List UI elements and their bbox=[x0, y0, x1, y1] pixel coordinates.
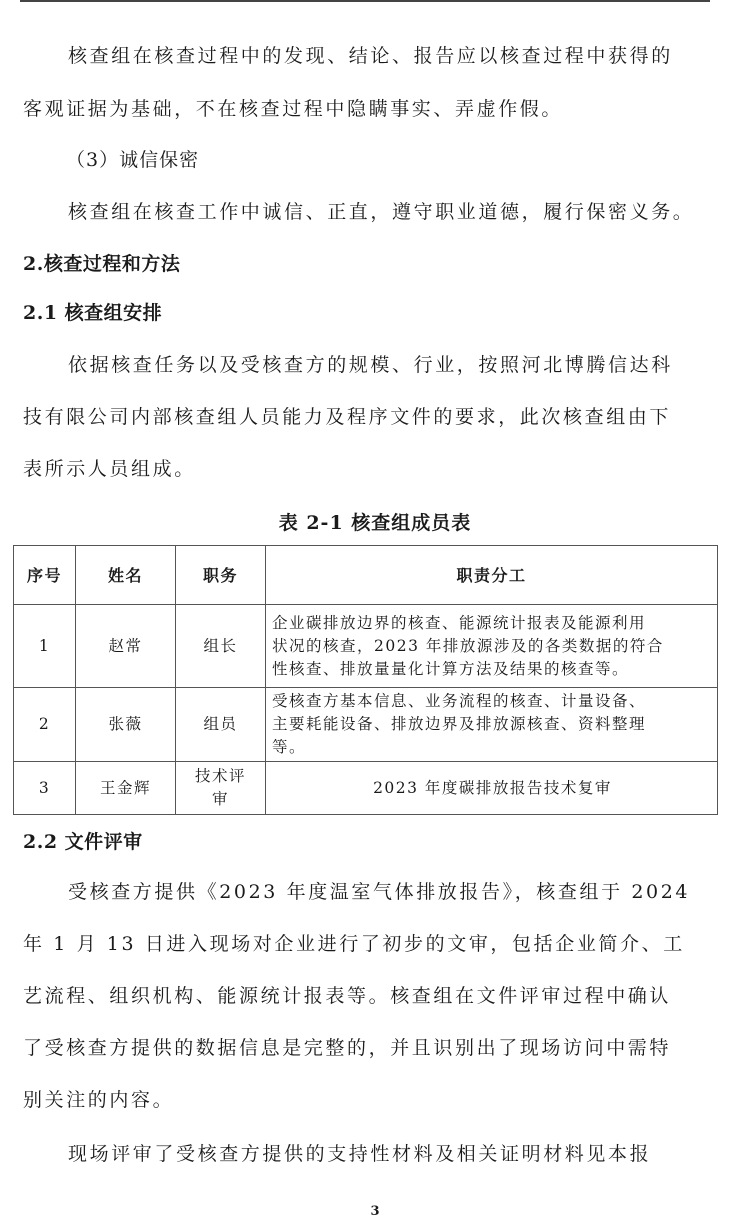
duty-line: 性核查、排放量量化计算方法及结果的核查等。 bbox=[272, 658, 713, 681]
table-header-row: 序号 姓名 职务 职责分工 bbox=[14, 546, 718, 605]
section-heading-2-2: 2.2 文件评审 bbox=[23, 830, 143, 854]
duty-line: 状况的核查，2023 年排放源涉及的各类数据的符合 bbox=[272, 635, 713, 658]
header-rule bbox=[20, 0, 710, 2]
header-name: 姓名 bbox=[76, 546, 176, 605]
table-caption: 表 2-1 核查组成员表 bbox=[0, 508, 750, 535]
subheading-integrity: （3）诚信保密 bbox=[66, 148, 199, 172]
paragraph-line: 客观证据为基础，不在核查过程中隐瞒事实、弄虚作假。 bbox=[23, 97, 563, 121]
paragraph-line: 了受核查方提供的数据信息是完整的，并且识别出了现场访问中需特 bbox=[23, 1036, 671, 1060]
page-number: 3 bbox=[0, 1204, 750, 1219]
cell-role: 组长 bbox=[176, 605, 266, 688]
paragraph-line: 表所示人员组成。 bbox=[23, 457, 196, 481]
cell-name: 赵常 bbox=[76, 605, 176, 688]
header-duty: 职责分工 bbox=[266, 546, 718, 605]
header-role: 职务 bbox=[176, 546, 266, 605]
paragraph-line: 现场评审了受核查方提供的支持性材料及相关证明材料见本报 bbox=[68, 1142, 651, 1166]
section-heading-2: 2.核查过程和方法 bbox=[23, 252, 180, 276]
cell-no: 1 bbox=[14, 605, 76, 688]
paragraph-line: 技有限公司内部核查组人员能力及程序文件的要求，此次核查组由下 bbox=[23, 405, 671, 429]
paragraph-line: 年 1 月 13 日进入现场对企业进行了初步的文审，包括企业简介、工 bbox=[23, 932, 685, 956]
paragraph-line: 艺流程、组织机构、能源统计报表等。核查组在文件评审过程中确认 bbox=[23, 984, 671, 1008]
cell-duty: 企业碳排放边界的核查、能源统计报表及能源利用 状况的核查，2023 年排放源涉及… bbox=[266, 605, 718, 688]
cell-no: 3 bbox=[14, 762, 76, 815]
cell-name: 张薇 bbox=[76, 688, 176, 762]
duty-line: 主要耗能设备、排放边界及排放源核查、资料整理 bbox=[272, 713, 713, 736]
paragraph-integrity: 核查组在核查工作中诚信、正直，遵守职业道德，履行保密义务。 bbox=[68, 200, 694, 224]
paragraph-line: 受核查方提供《2023 年度温室气体排放报告》，核查组于 2024 bbox=[68, 880, 690, 904]
table-row: 3 王金辉 技术评 审 2023 年度碳排放报告技术复审 bbox=[14, 762, 718, 815]
paragraph-line: 别关注的内容。 bbox=[23, 1088, 174, 1112]
section-heading-2-1: 2.1 核查组安排 bbox=[23, 301, 162, 325]
table-row: 2 张薇 组员 受核查方基本信息、业务流程的核查、计量设备、 主要耗能设备、排放… bbox=[14, 688, 718, 762]
role-line: 审 bbox=[180, 788, 261, 811]
cell-duty: 2023 年度碳排放报告技术复审 bbox=[266, 762, 718, 815]
members-table: 序号 姓名 职务 职责分工 1 赵常 组长 企业碳排放边界的核查、能源统计报表及… bbox=[13, 545, 718, 815]
paragraph-line: 核查组在核查过程中的发现、结论、报告应以核查过程中获得的 bbox=[68, 44, 673, 68]
cell-duty: 受核查方基本信息、业务流程的核查、计量设备、 主要耗能设备、排放边界及排放源核查… bbox=[266, 688, 718, 762]
cell-name: 王金辉 bbox=[76, 762, 176, 815]
cell-role: 组员 bbox=[176, 688, 266, 762]
table-row: 1 赵常 组长 企业碳排放边界的核查、能源统计报表及能源利用 状况的核查，202… bbox=[14, 605, 718, 688]
paragraph-line: 依据核查任务以及受核查方的规模、行业，按照河北博腾信达科 bbox=[68, 353, 673, 377]
cell-no: 2 bbox=[14, 688, 76, 762]
role-line: 技术评 bbox=[180, 765, 261, 788]
duty-line: 受核查方基本信息、业务流程的核查、计量设备、 bbox=[272, 690, 713, 713]
duty-line: 等。 bbox=[272, 736, 713, 759]
header-no: 序号 bbox=[14, 546, 76, 605]
cell-role: 技术评 审 bbox=[176, 762, 266, 815]
duty-line: 企业碳排放边界的核查、能源统计报表及能源利用 bbox=[272, 612, 713, 635]
